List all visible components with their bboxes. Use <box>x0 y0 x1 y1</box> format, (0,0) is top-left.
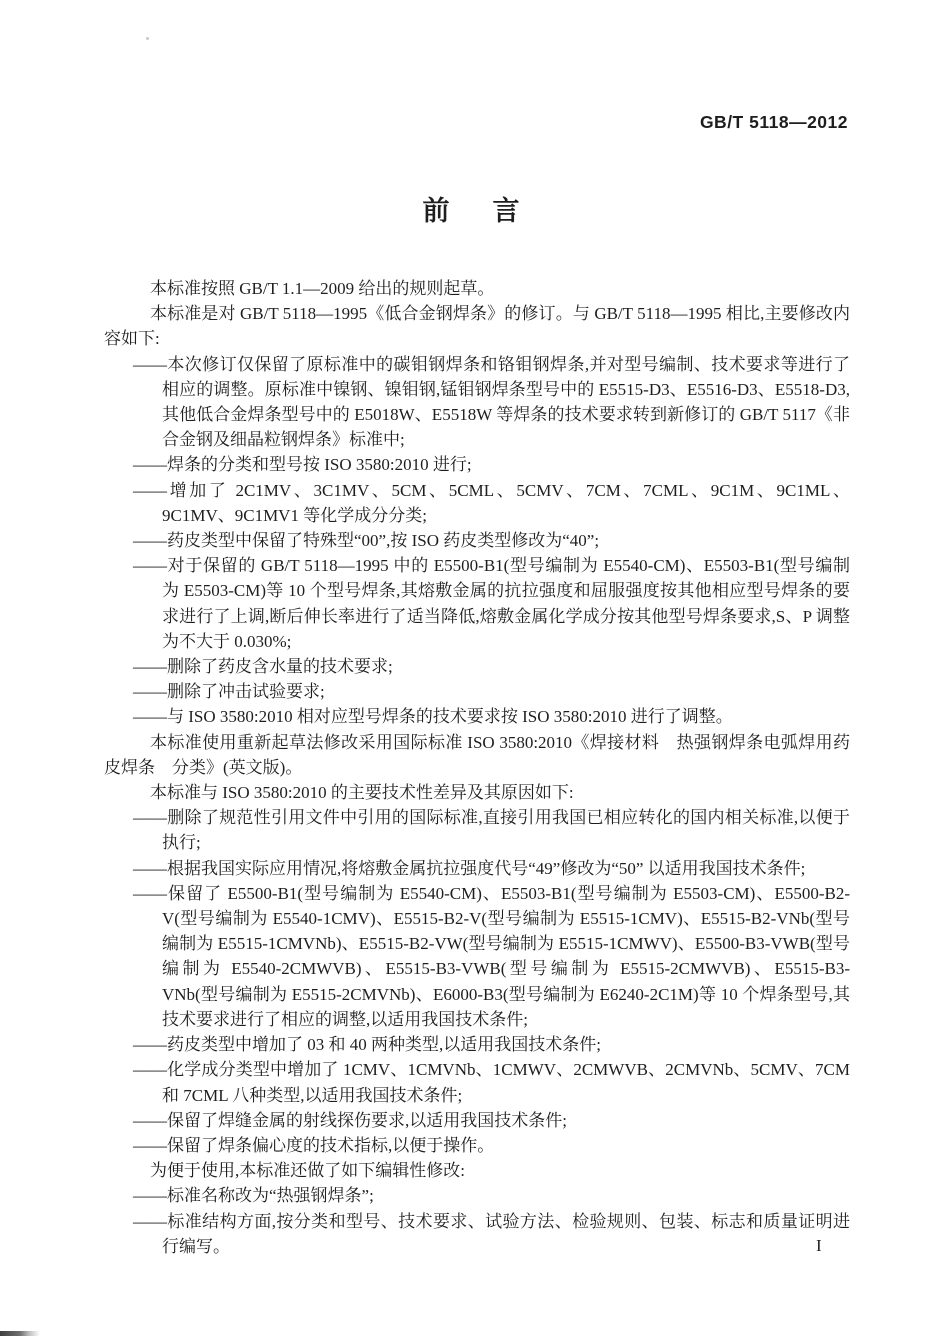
foreword-list-item: ——保留了焊条偏心度的技术指标,以便于操作。 <box>104 1133 850 1158</box>
foreword-list-item: ——本次修订仅保留了原标准中的碳钼钢焊条和铬钼钢焊条,并对型号编制、技术要求等进… <box>104 352 850 453</box>
foreword-list-item: ——保留了 E5500-B1(型号编制为 E5540-CM)、E5503-B1(… <box>104 881 850 1032</box>
foreword-paragraph: 本标准与 ISO 3580:2010 的主要技术性差异及其原因如下: <box>104 780 850 805</box>
foreword-list-item: ——删除了药皮含水量的技术要求; <box>104 654 850 679</box>
foreword-list-item: ——焊条的分类和型号按 ISO 3580:2010 进行; <box>104 452 850 477</box>
foreword-list-item: ——药皮类型中保留了特殊型“00”,按 ISO 药皮类型修改为“40”; <box>104 528 850 553</box>
foreword-paragraph: 本标准按照 GB/T 1.1—2009 给出的规则起草。 <box>104 276 850 301</box>
scan-speck <box>146 37 149 40</box>
foreword-list-item: ——药皮类型中增加了 03 和 40 两种类型,以适用我国技术条件; <box>104 1032 850 1057</box>
scan-smudge-bottom-left <box>0 1331 40 1336</box>
foreword-list-item: ——根据我国实际应用情况,将熔敷金属抗拉强度代号“49”修改为“50” 以适用我… <box>104 856 850 881</box>
foreword-list-item: ——删除了规范性引用文件中引用的国际标准,直接引用我国已相应转化的国内相关标准,… <box>104 805 850 855</box>
foreword-body: 本标准按照 GB/T 1.1—2009 给出的规则起草。本标准是对 GB/T 5… <box>104 276 850 1259</box>
foreword-paragraph: 本标准使用重新起草法修改采用国际标准 ISO 3580:2010《焊接材料 热强… <box>104 730 850 780</box>
foreword-list-item: ——增加了 2C1MV、3C1MV、5CM、5CML、5CMV、7CM、7CML… <box>104 478 850 528</box>
foreword-list-item: ——标准结构方面,按分类和型号、技术要求、试验方法、检验规则、包装、标志和质量证… <box>104 1209 850 1259</box>
foreword-paragraph: 本标准是对 GB/T 5118—1995《低合金钢焊条》的修订。与 GB/T 5… <box>104 301 850 351</box>
foreword-list-item: ——删除了冲击试验要求; <box>104 679 850 704</box>
foreword-list-item: ——保留了焊缝金属的射线探伤要求,以适用我国技术条件; <box>104 1108 850 1133</box>
foreword-list-item: ——化学成分类型中增加了 1CMV、1CMVNb、1CMWV、2CMWVB、2C… <box>104 1057 850 1107</box>
foreword-list-item: ——对于保留的 GB/T 5118—1995 中的 E5500-B1(型号编制为… <box>104 553 850 654</box>
page-title: 前 言 <box>0 189 950 228</box>
document-page: GB/T 5118—2012 前 言 本标准按照 GB/T 1.1—2009 给… <box>0 0 950 1342</box>
foreword-list-item: ——与 ISO 3580:2010 相对应型号焊条的技术要求按 ISO 3580… <box>104 704 850 729</box>
foreword-paragraph: 为便于使用,本标准还做了如下编辑性修改: <box>104 1158 850 1183</box>
page-number: I <box>816 1236 822 1256</box>
foreword-list-item: ——标准名称改为“热强钢焊条”; <box>104 1183 850 1208</box>
standard-number: GB/T 5118—2012 <box>700 112 848 133</box>
